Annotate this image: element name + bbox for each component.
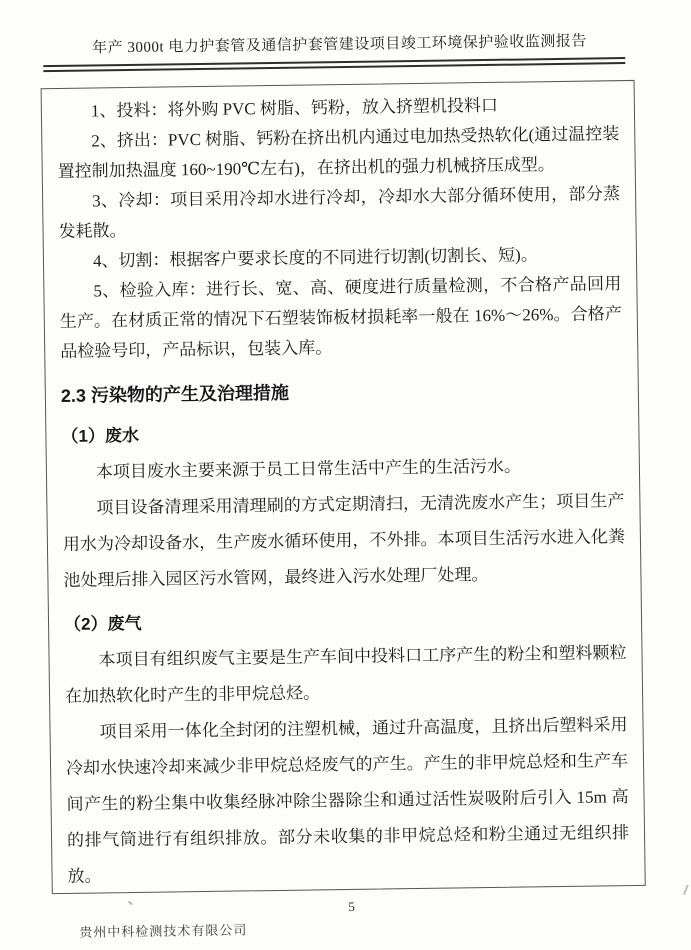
report-header-title: 年产 3000t 电力护套管及通信护套管建设项目竣工环境保护验收监测报告 (0, 28, 685, 59)
section-title-2-3: 2.3 污染物的产生及治理措施 (61, 373, 623, 411)
process-step-5: 5、检验入库：进行长、宽、高、硬度进行质量检测，不合格产品回用生产。在材质正常的… (59, 269, 622, 367)
waste-gas-paragraph-2: 项目采用一体化全封闭的注塑机械，通过升高温度，且挤出后塑料采用冷却水快速冷却来减… (65, 707, 629, 895)
process-step-2: 2、挤出：PVC 树脂、钙粉在挤出机内通过电加热受热软化(通过温控装置控制加热温… (57, 119, 620, 187)
wastewater-paragraph-2: 项目设备清理采用清理刷的方式定期清扫，无清洗废水产生；项目生产用水为冷却设备水，… (62, 483, 625, 599)
page-number: 5 (6, 894, 691, 920)
scanned-sheet: 年产 3000t 电力护套管及通信护套管建设项目竣工环境保护验收监测报告 1、投… (0, 0, 691, 950)
footer-company-name: 贵州中科检测技术有限公司 (79, 919, 247, 940)
content-frame: 1、投料：将外购 PVC 树脂、钙粉，放入挤塑机投料口 2、挤出：PVC 树脂、… (41, 80, 646, 894)
pollution-sections: （1）废水 本项目废水主要来源于员工日常生活中产生的生活污水。 项目设备清理采用… (61, 411, 630, 895)
waste-gas-paragraph-1: 本项目有组织废气主要是生产车间中投料口工序产生的粉尘和塑料颗粒在加热软化时产生的… (64, 635, 627, 715)
document-page: 年产 3000t 电力护套管及通信护套管建设项目竣工环境保护验收监测报告 1、投… (0, 0, 691, 950)
process-steps-section: 1、投料：将外购 PVC 树脂、钙粉，放入挤塑机投料口 2、挤出：PVC 树脂、… (57, 89, 623, 367)
process-step-3: 3、冷却：项目采用冷却水进行冷却，冷却水大部分循环使用，部分蒸发耗散。 (58, 179, 621, 247)
header-double-rule (43, 57, 625, 72)
